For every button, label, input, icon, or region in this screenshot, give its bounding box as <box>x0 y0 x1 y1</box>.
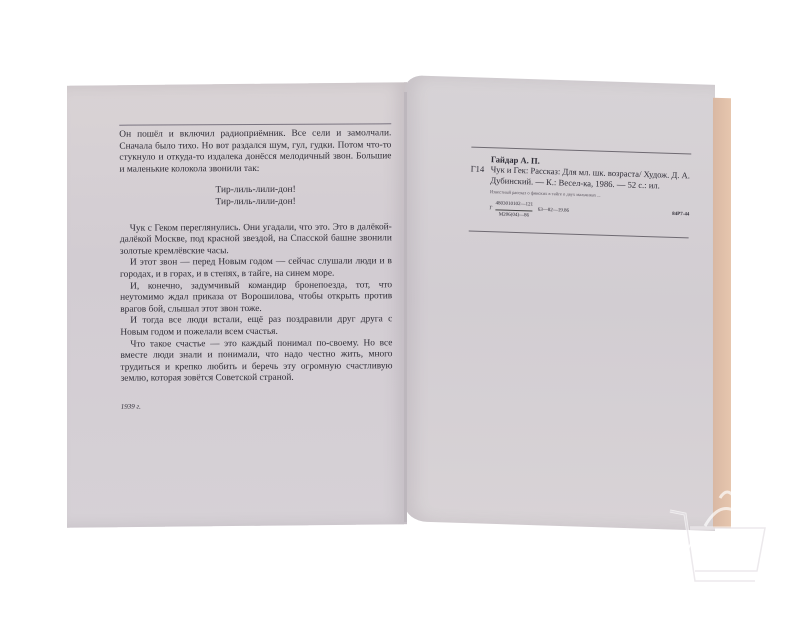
story-text: Он пошёл и включил радиоприёмник. Все се… <box>119 123 393 413</box>
cover-edge <box>713 98 731 529</box>
open-book: Он пошёл и включил радиоприёмник. Все се… <box>0 0 800 630</box>
story-date: 1939 г. <box>121 400 393 413</box>
poem: Тир-лиль-лили-дон! Тир-лиль-лили-дон! <box>120 185 392 210</box>
book-spine <box>404 92 407 522</box>
paragraph: Он пошёл и включил радиоприёмник. Все се… <box>119 128 391 176</box>
paragraph: Чук с Геком переглянулись. Они угадали, … <box>120 222 392 258</box>
imprint-code: Г14 <box>470 164 491 185</box>
paragraph: Что такое счастье — это каждый понимал п… <box>120 338 392 386</box>
imprint-block: Гайдар А. П. Г14 Чук и Гек: Рассказ: Для… <box>469 147 692 238</box>
paragraph: И этот звон — перед Новым годом — сейчас… <box>120 257 392 282</box>
paragraph: И, конечно, задумчивый командир бронепое… <box>120 280 392 316</box>
imprint-classification: Г 4803010102—121 М206(04)—86 63—82—19.86… <box>489 199 690 227</box>
right-page <box>405 75 715 531</box>
poem-line: Тир-лиль-лили-дон! <box>120 196 392 209</box>
paragraph: И тогда все люди встали, ещё раз поздрав… <box>120 315 392 340</box>
bbk-index: 84Р7-44 <box>672 210 690 221</box>
top-rule <box>119 123 391 125</box>
fraction-denominator: М206(04)—86 <box>495 210 533 222</box>
fraction-tail: 63—82—19.86 <box>538 206 570 217</box>
watermark: ИнтМаг <box>665 486 775 606</box>
